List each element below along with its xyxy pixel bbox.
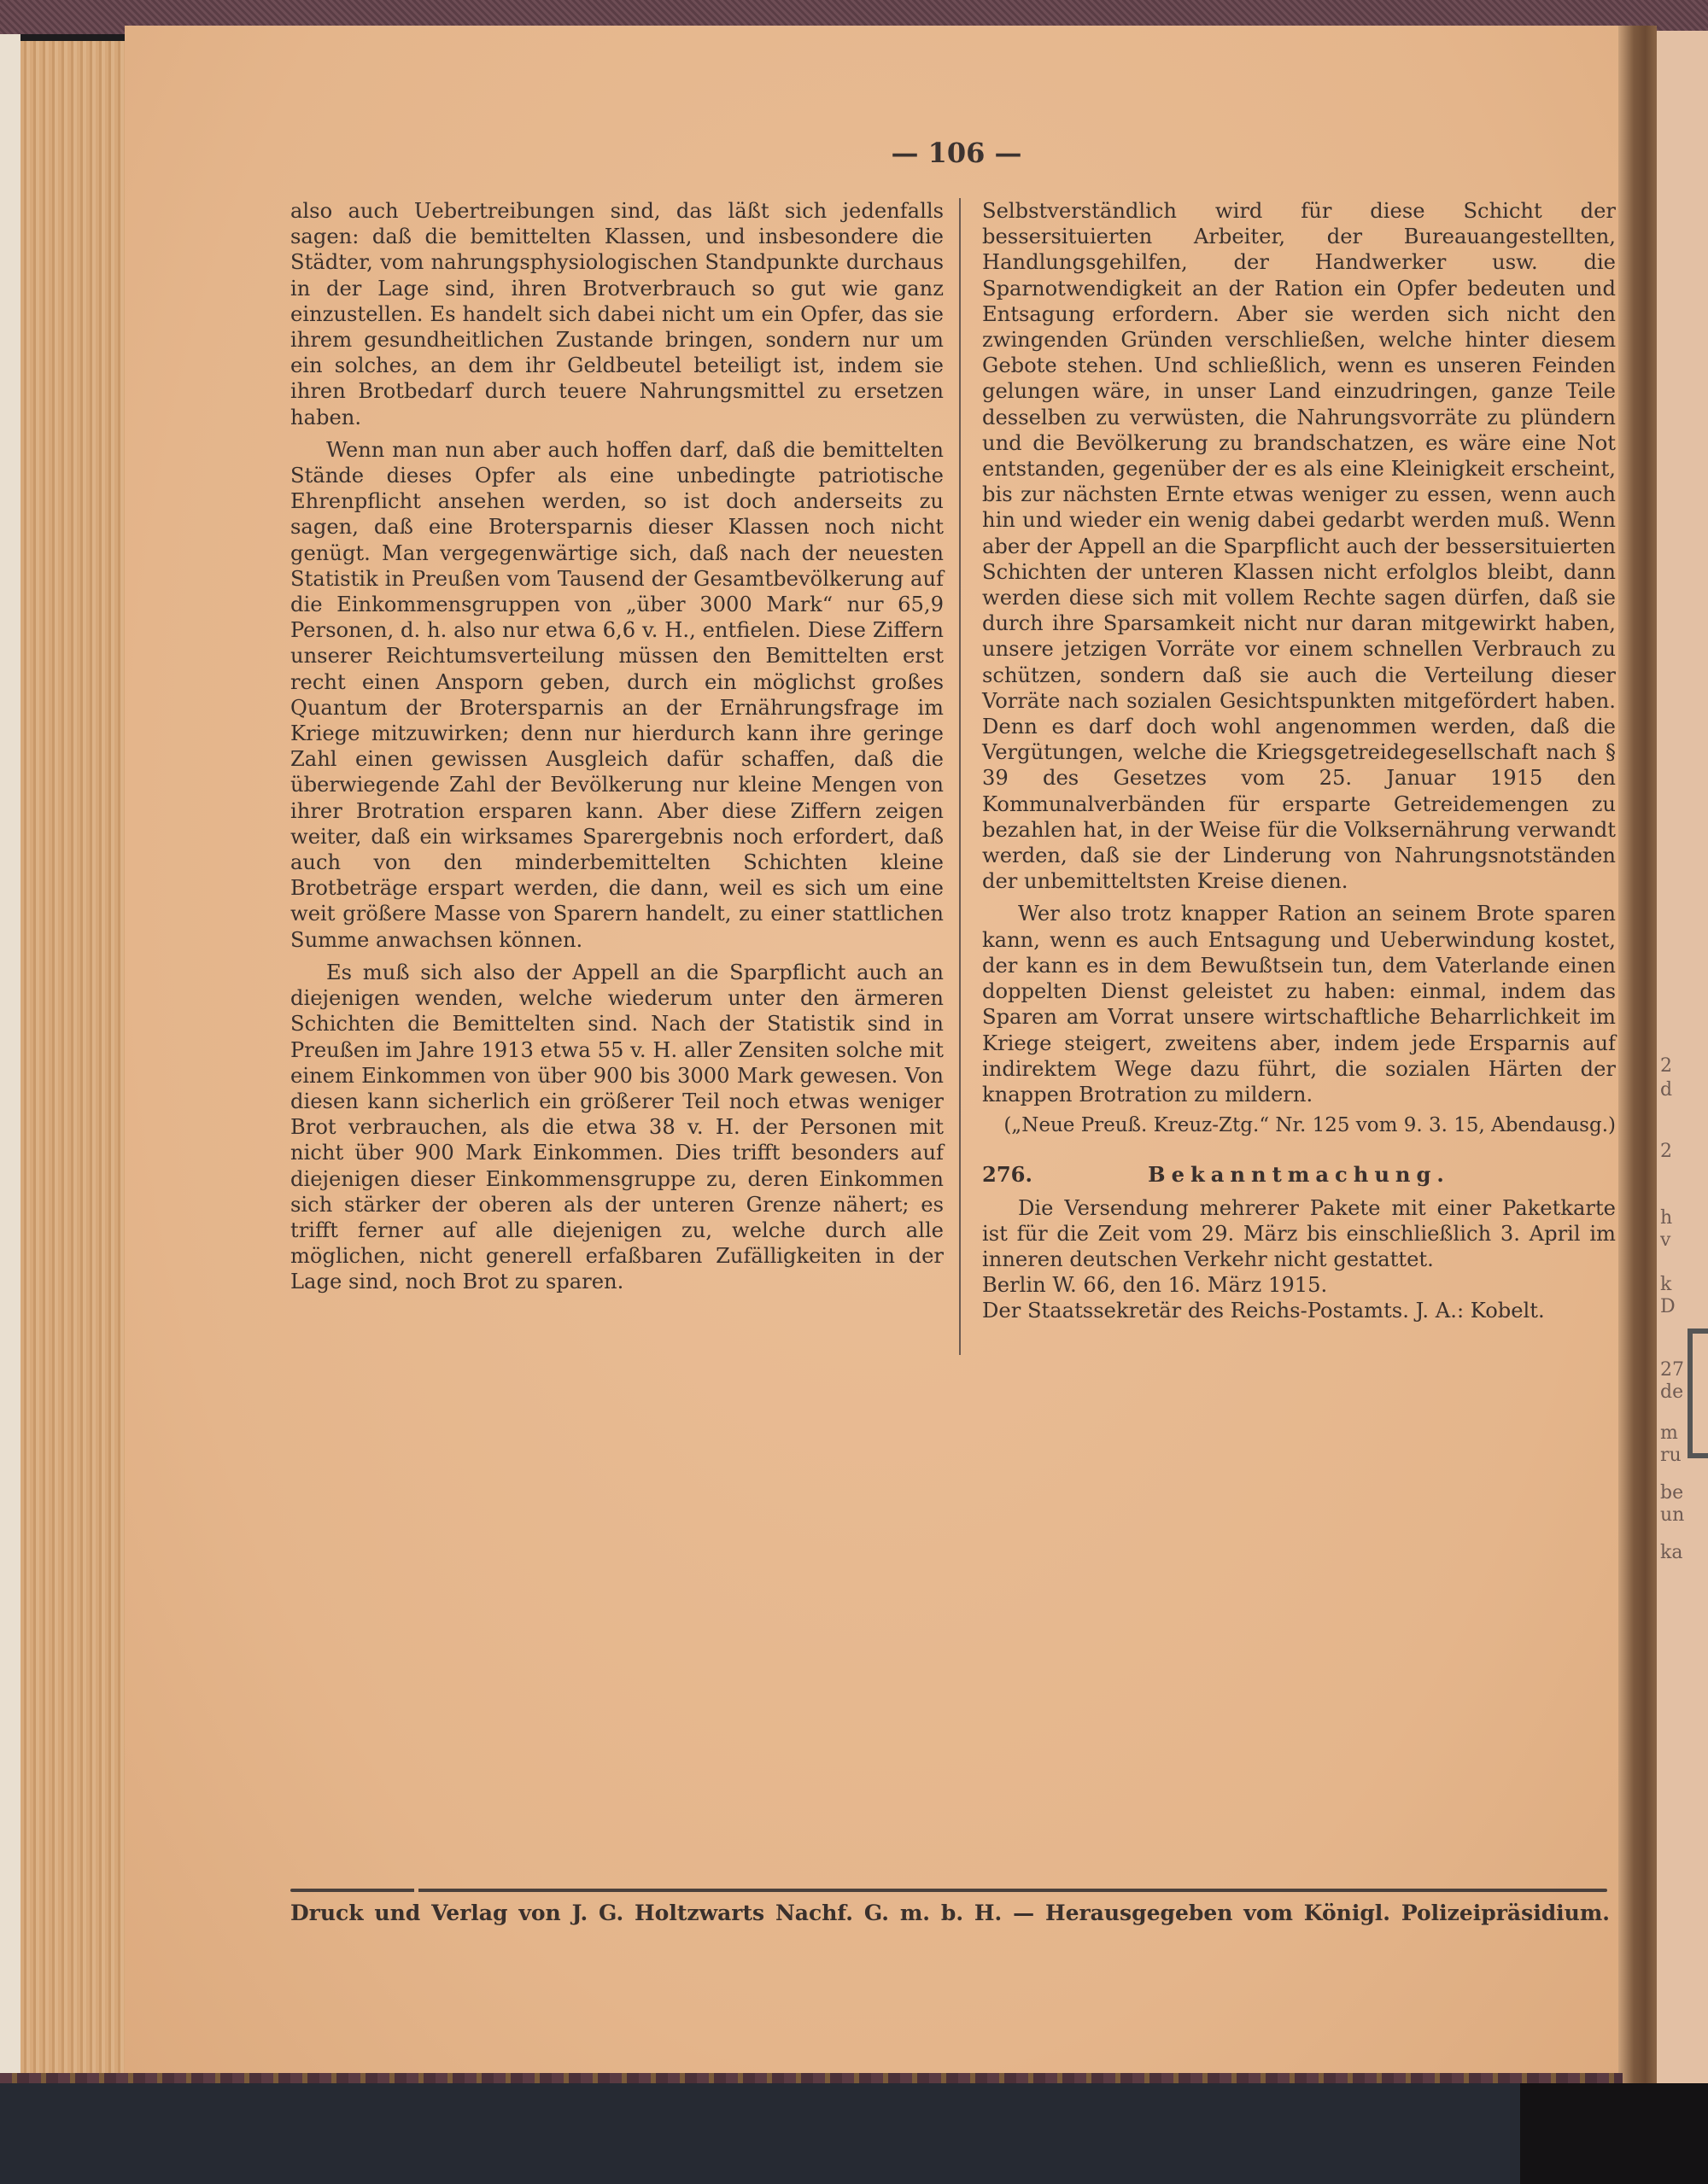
facing-page-fragment: 27 [1660,1359,1684,1381]
notice-signature: Der Staatssekretär des Reichs-Postamts. … [982,1298,1616,1323]
paragraph: Es muß sich also der Appell an die Sparp… [290,960,944,1295]
facing-page-fragment: d [1660,1079,1672,1101]
facing-page-fragment: un [1660,1504,1684,1527]
facing-page-fragment: D [1660,1296,1676,1318]
facing-page-fragment: v [1660,1229,1670,1252]
right-column: Selbstverständlich wird für diese Schich… [982,198,1616,1324]
paragraph: Wer also trotz knapper Ration an seinem … [982,901,1616,1107]
source-citation: („Neue Preuß. Kreuz-Ztg.“ Nr. 125 vom 9.… [982,1112,1616,1138]
facing-page-fragment: 2 [1660,1055,1672,1077]
endpaper [0,34,20,2083]
printer-imprint: Druck und Verlag von J. G. Holtzwarts Na… [290,1901,1610,1925]
page-number: — 106 — [871,137,1042,169]
background-shadow [1520,2083,1708,2184]
notice-number: 276. [982,1162,1033,1188]
facing-page-fragment: ru [1660,1445,1682,1467]
notice-title: Bekanntmachung. [1033,1162,1616,1188]
column-divider [959,198,961,1355]
paragraph: also auch Uebertreibungen sind, das läßt… [290,198,944,430]
book-gutter [1618,26,1657,2083]
facing-page-fragment: m [1660,1422,1678,1445]
page-edge-stack [20,41,127,2082]
facing-page-edge: 2 d 2 h v k D 27 de m ru be un ka [1657,31,1708,2083]
book-cover-bottom [0,2083,1520,2184]
facing-page-fragment: h [1660,1207,1672,1229]
footer-rule [290,1889,1607,1892]
notice-dateline: Berlin W. 66, den 16. März 1915. [982,1272,1616,1298]
left-column: also auch Uebertreibungen sind, das läßt… [290,198,944,1295]
facing-page-fragment: k [1660,1274,1671,1296]
notice-body: Die Versendung mehrerer Pakete mit einer… [982,1195,1616,1273]
footer-rule-break [414,1885,418,1894]
paragraph: Wenn man nun aber auch hoffen darf, daß … [290,437,944,953]
facing-page-fragment: be [1660,1482,1683,1504]
facing-page-fragment: 2 [1660,1141,1672,1163]
notice-heading: 276. Bekanntmachung. [982,1162,1616,1188]
paragraph: Selbstverständlich wird für diese Schich… [982,198,1616,894]
facing-page-fragment: ka [1660,1542,1682,1564]
facing-page-box [1688,1329,1708,1458]
facing-page-fragment: de [1660,1381,1683,1404]
